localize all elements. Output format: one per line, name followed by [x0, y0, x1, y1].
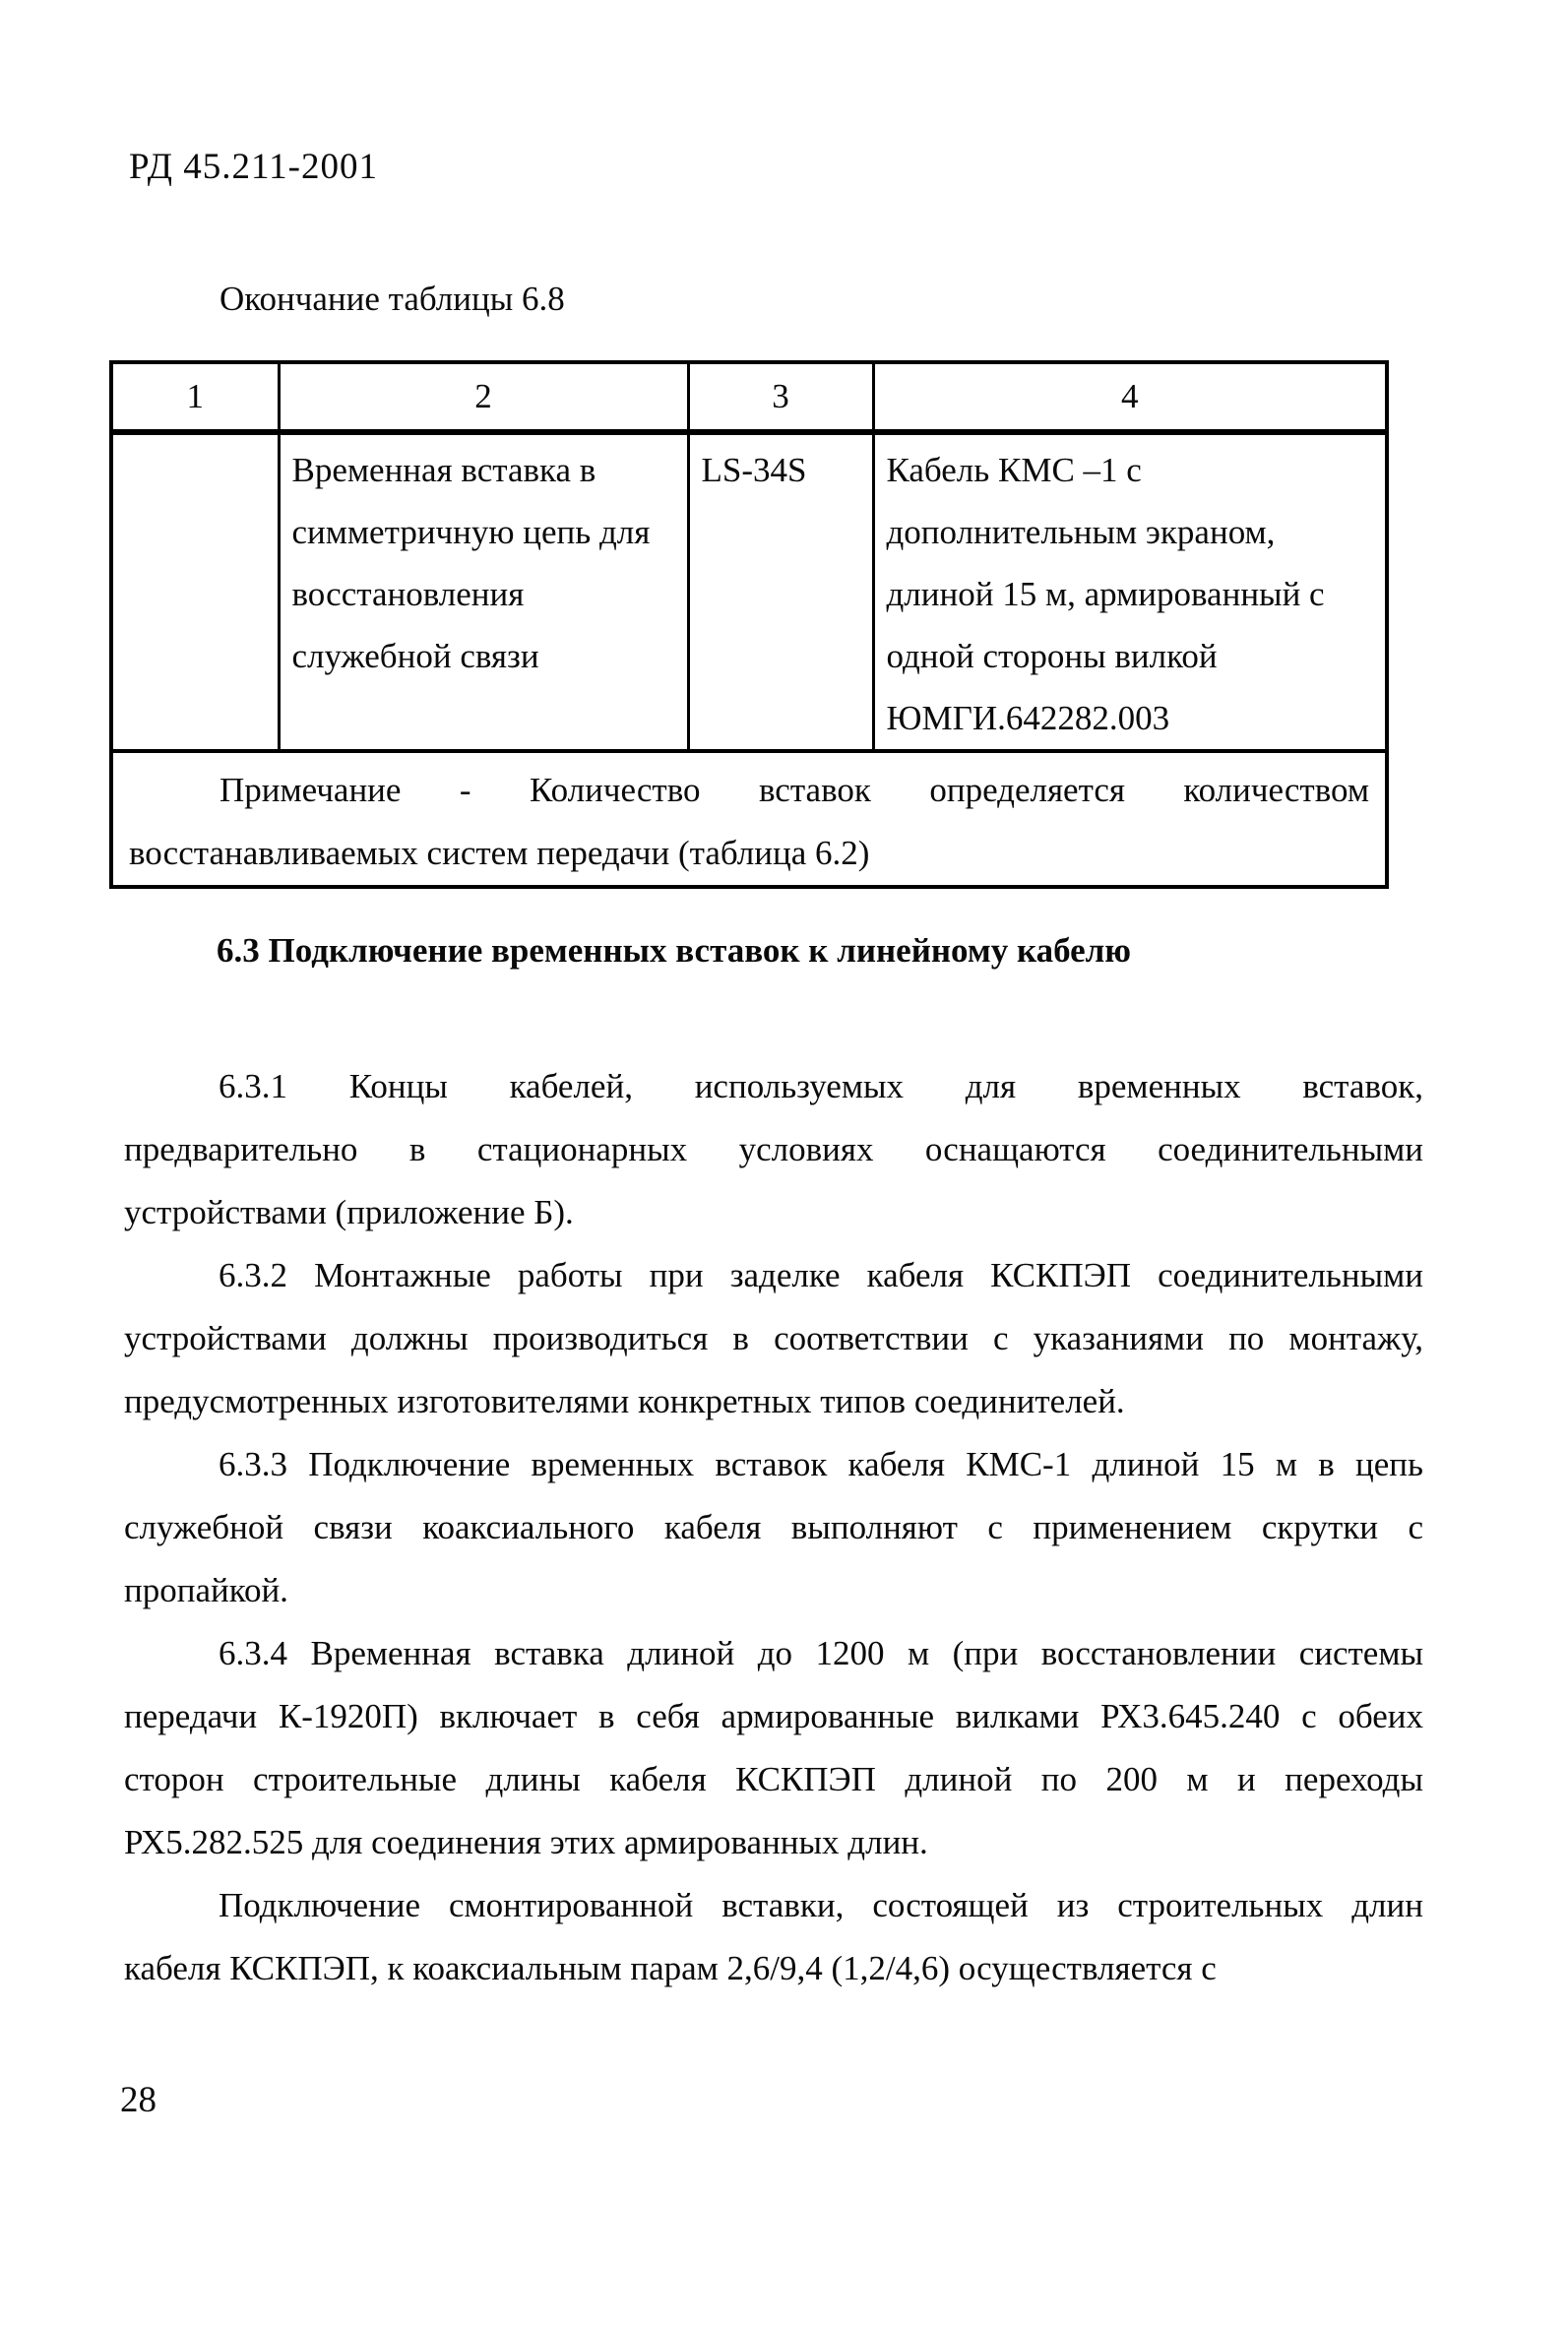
- section-heading: 6.3 Подключение временных вставок к лине…: [217, 931, 1131, 971]
- cell-col1: [111, 432, 279, 751]
- paragraph-line: 6.3.1 Концы кабелей, используемых для вр…: [124, 1055, 1423, 1118]
- paragraph-line: 6.3.3 Подключение временных вставок кабе…: [124, 1433, 1423, 1496]
- cell-col2-line: служебной связи: [292, 625, 677, 687]
- cell-col2-line: восстановления: [292, 563, 677, 625]
- paragraph-line: служебной связи коаксиального кабеля вып…: [124, 1496, 1423, 1559]
- table-header-row: 1 2 3 4: [111, 362, 1387, 432]
- paragraph-line: сторон строительные длины кабеля КСКПЭП …: [124, 1748, 1423, 1811]
- cell-col3: LS-34S: [688, 432, 873, 751]
- table-note-line: восстанавливаемых систем передачи (табли…: [129, 822, 1369, 885]
- cell-col4: Кабель КМС –1 с дополнительным экраном, …: [873, 432, 1387, 751]
- table-note-line: Примечание - Количество вставок определя…: [129, 759, 1369, 822]
- table-note-row: Примечание - Количество вставок определя…: [111, 751, 1387, 887]
- cell-col2: Временная вставка в симметричную цепь дл…: [279, 432, 688, 751]
- column-header-1: 1: [111, 362, 279, 432]
- cell-col4-line: длиной 15 м, армированный с: [887, 563, 1376, 625]
- paragraph-line: предварительно в стационарных условиях о…: [124, 1118, 1423, 1181]
- spec-table: 1 2 3 4 Временная вставка в симметричную…: [109, 360, 1389, 889]
- table-caption: Окончание таблицы 6.8: [220, 280, 565, 319]
- paragraph-line: кабеля КСКПЭП, к коаксиальным парам 2,6/…: [124, 1937, 1423, 2000]
- paragraph-line: предусмотренных изготовителями конкретны…: [124, 1370, 1423, 1433]
- document-page: РД 45.211-2001 Окончание таблицы 6.8 1 2…: [0, 0, 1568, 2326]
- column-header-4: 4: [873, 362, 1387, 432]
- cell-col4-line: ЮМГИ.642282.003: [887, 687, 1376, 749]
- paragraph-line: устройствами (приложение Б).: [124, 1181, 1423, 1244]
- cell-col4-line: Кабель КМС –1 с: [887, 439, 1376, 501]
- paragraph-line: устройствами должны производиться в соот…: [124, 1307, 1423, 1370]
- document-code: РД 45.211-2001: [129, 146, 378, 188]
- table-row: Временная вставка в симметричную цепь дл…: [111, 432, 1387, 751]
- paragraph-line: 6.3.2 Монтажные работы при заделке кабел…: [124, 1244, 1423, 1307]
- page-number: 28: [120, 2079, 157, 2121]
- paragraph-line: пропайкой.: [124, 1559, 1423, 1622]
- cell-col2-line: Временная вставка в: [292, 439, 677, 501]
- cell-col4-line: дополнительным экраном,: [887, 501, 1376, 563]
- paragraph-line: РХ5.282.525 для соединения этих армирова…: [124, 1811, 1423, 1874]
- cell-col2-line: симметричную цепь для: [292, 501, 677, 563]
- body-text: 6.3.1 Концы кабелей, используемых для вр…: [124, 1055, 1423, 2000]
- column-header-3: 3: [688, 362, 873, 432]
- column-header-2: 2: [279, 362, 688, 432]
- paragraph-line: Подключение смонтированной вставки, сост…: [124, 1874, 1423, 1937]
- paragraph-line: 6.3.4 Временная вставка длиной до 1200 м…: [124, 1622, 1423, 1685]
- paragraph-line: передачи К-1920П) включает в себя армиро…: [124, 1685, 1423, 1748]
- table-note: Примечание - Количество вставок определя…: [111, 751, 1387, 887]
- cell-col4-line: одной стороны вилкой: [887, 625, 1376, 687]
